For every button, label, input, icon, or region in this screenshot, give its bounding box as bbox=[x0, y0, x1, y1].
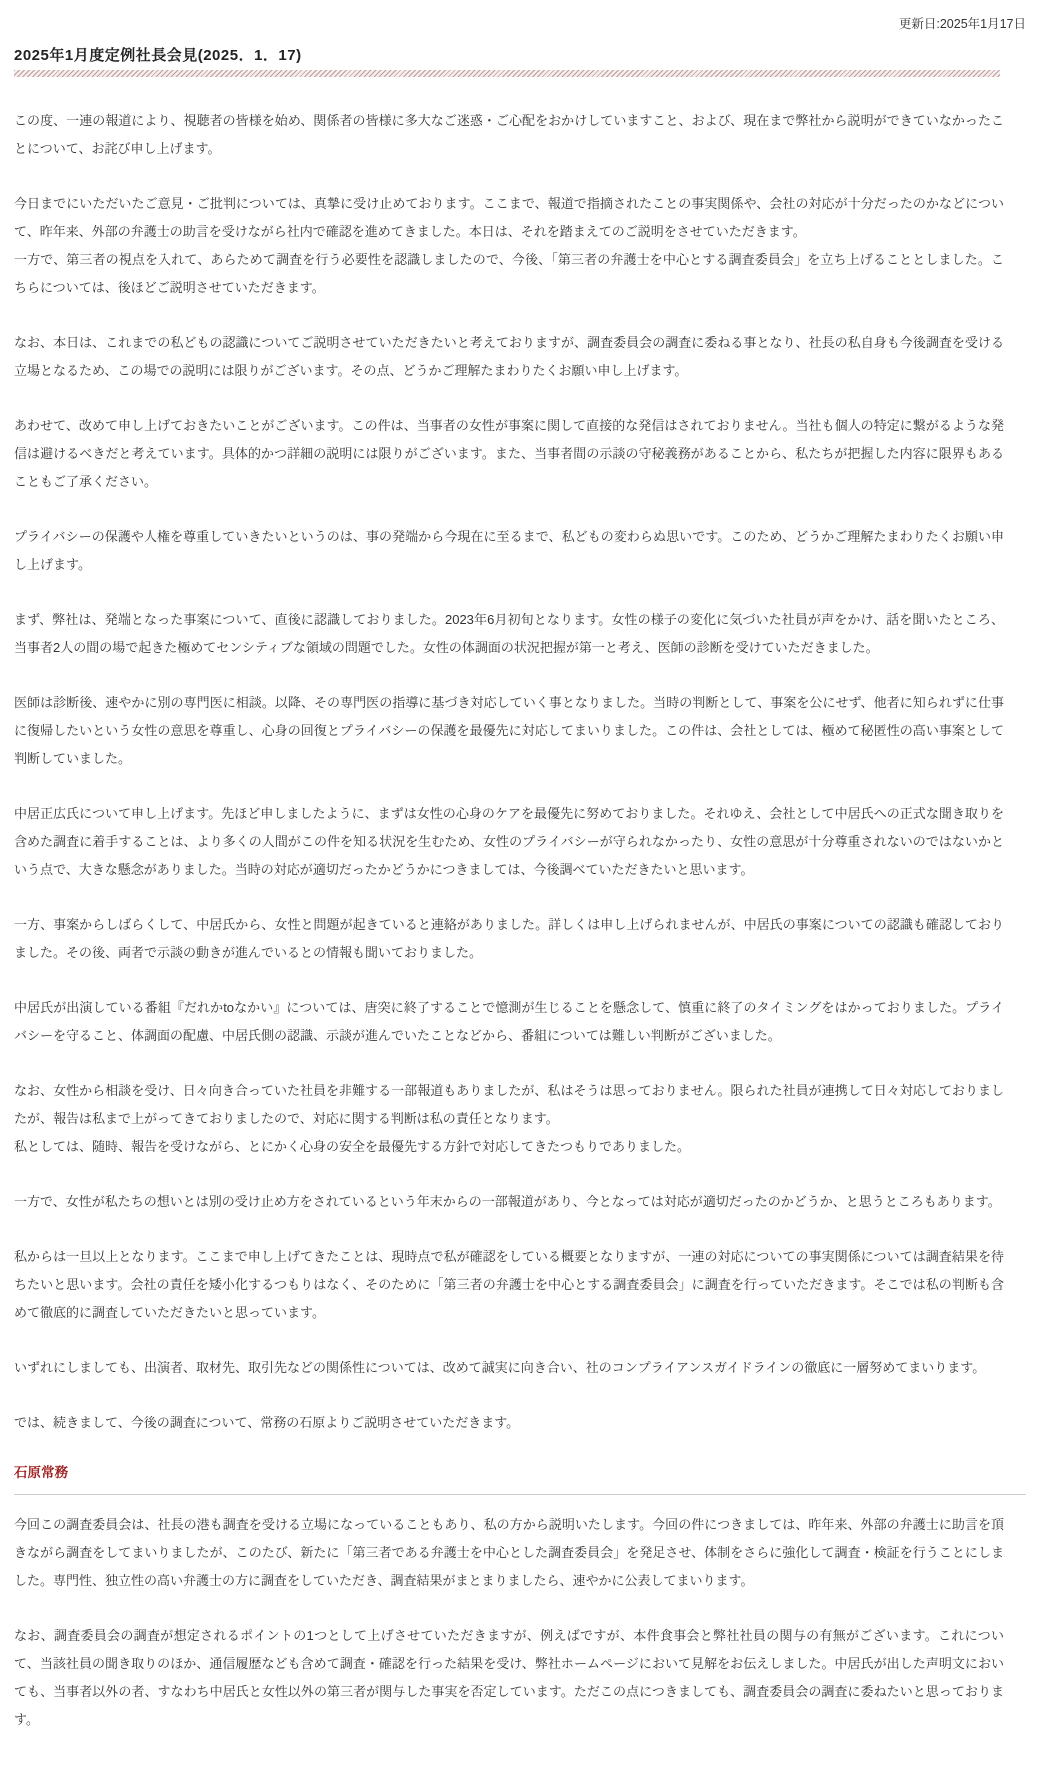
statement-paragraph: なお、調査委員会の調査が想定されるポイントの1つとして上げさせていただきますが、… bbox=[14, 1622, 1004, 1734]
statement-paragraph: 今日までにいただいたご意見・ご批判については、真摯に受け止めております。ここまで… bbox=[14, 190, 1004, 302]
statement-paragraph: 医師は診断後、速やかに別の専門医に相談。以降、その専門医の指導に基づき対応してい… bbox=[14, 689, 1004, 773]
statement-paragraph: 中居氏が出演している番組『だれかtoなかい』については、唐突に終了することで憶測… bbox=[14, 994, 1004, 1050]
updated-date: 更新日:2025年1月17日 bbox=[14, 16, 1026, 32]
statement-paragraph: あわせて、改めて申し上げておきたいことがございます。この件は、当事者の女性が事案… bbox=[14, 412, 1004, 496]
section-heading-ishihara: 石原常務 bbox=[14, 1464, 1026, 1482]
press-statement-page: 更新日:2025年1月17日 2025年1月度定例社長会見(2025．1．17)… bbox=[0, 0, 1040, 1791]
statement-paragraph: なお、本日は、これまでの私どもの認識についてご説明させていただきたいと考えており… bbox=[14, 329, 1004, 385]
statement-paragraph: なお、女性から相談を受け、日々向き合っていた社員を非難する一部報道もありましたが… bbox=[14, 1077, 1004, 1161]
statement-paragraph: まず、弊社は、発端となった事案について、直後に認識しておりました。2023年6月… bbox=[14, 606, 1004, 662]
page-title: 2025年1月度定例社長会見(2025．1．17) bbox=[14, 46, 1026, 66]
statement-paragraph: 一方で、女性が私たちの想いとは別の受け止め方をされているという年末からの一部報道… bbox=[14, 1188, 1004, 1216]
statement-paragraph: 一方、事案からしばらくして、中居氏から、女性と問題が起きていると連絡がありました… bbox=[14, 911, 1004, 967]
statement-paragraph: 私からは一旦以上となります。ここまで申し上げてきたことは、現時点で私が確認をして… bbox=[14, 1243, 1004, 1327]
statement-paragraph: いずれにしましても、出演者、取材先、取引先などの関係性については、改めて誠実に向… bbox=[14, 1354, 1004, 1382]
section-divider-line bbox=[14, 1494, 1026, 1495]
ishihara-statement-body: 今回この調査委員会は、社長の港も調査を受ける立場になっていることもあり、私の方か… bbox=[14, 1511, 1026, 1734]
president-statement-body: この度、一連の報道により、視聴者の皆様を始め、関係者の皆様に多大なご迷惑・ご心配… bbox=[14, 107, 1026, 1437]
statement-paragraph: 中居正広氏について申し上げます。先ほど申しましたように、まずは女性の心身のケアを… bbox=[14, 800, 1004, 884]
statement-paragraph: この度、一連の報道により、視聴者の皆様を始め、関係者の皆様に多大なご迷惑・ご心配… bbox=[14, 107, 1004, 163]
statement-paragraph: プライバシーの保護や人権を尊重していきたいというのは、事の発端から今現在に至るま… bbox=[14, 523, 1004, 579]
striped-divider bbox=[14, 70, 1000, 77]
statement-paragraph: では、続きまして、今後の調査について、常務の石原よりご説明させていただきます。 bbox=[14, 1409, 1004, 1437]
statement-paragraph: 今回この調査委員会は、社長の港も調査を受ける立場になっていることもあり、私の方か… bbox=[14, 1511, 1004, 1595]
